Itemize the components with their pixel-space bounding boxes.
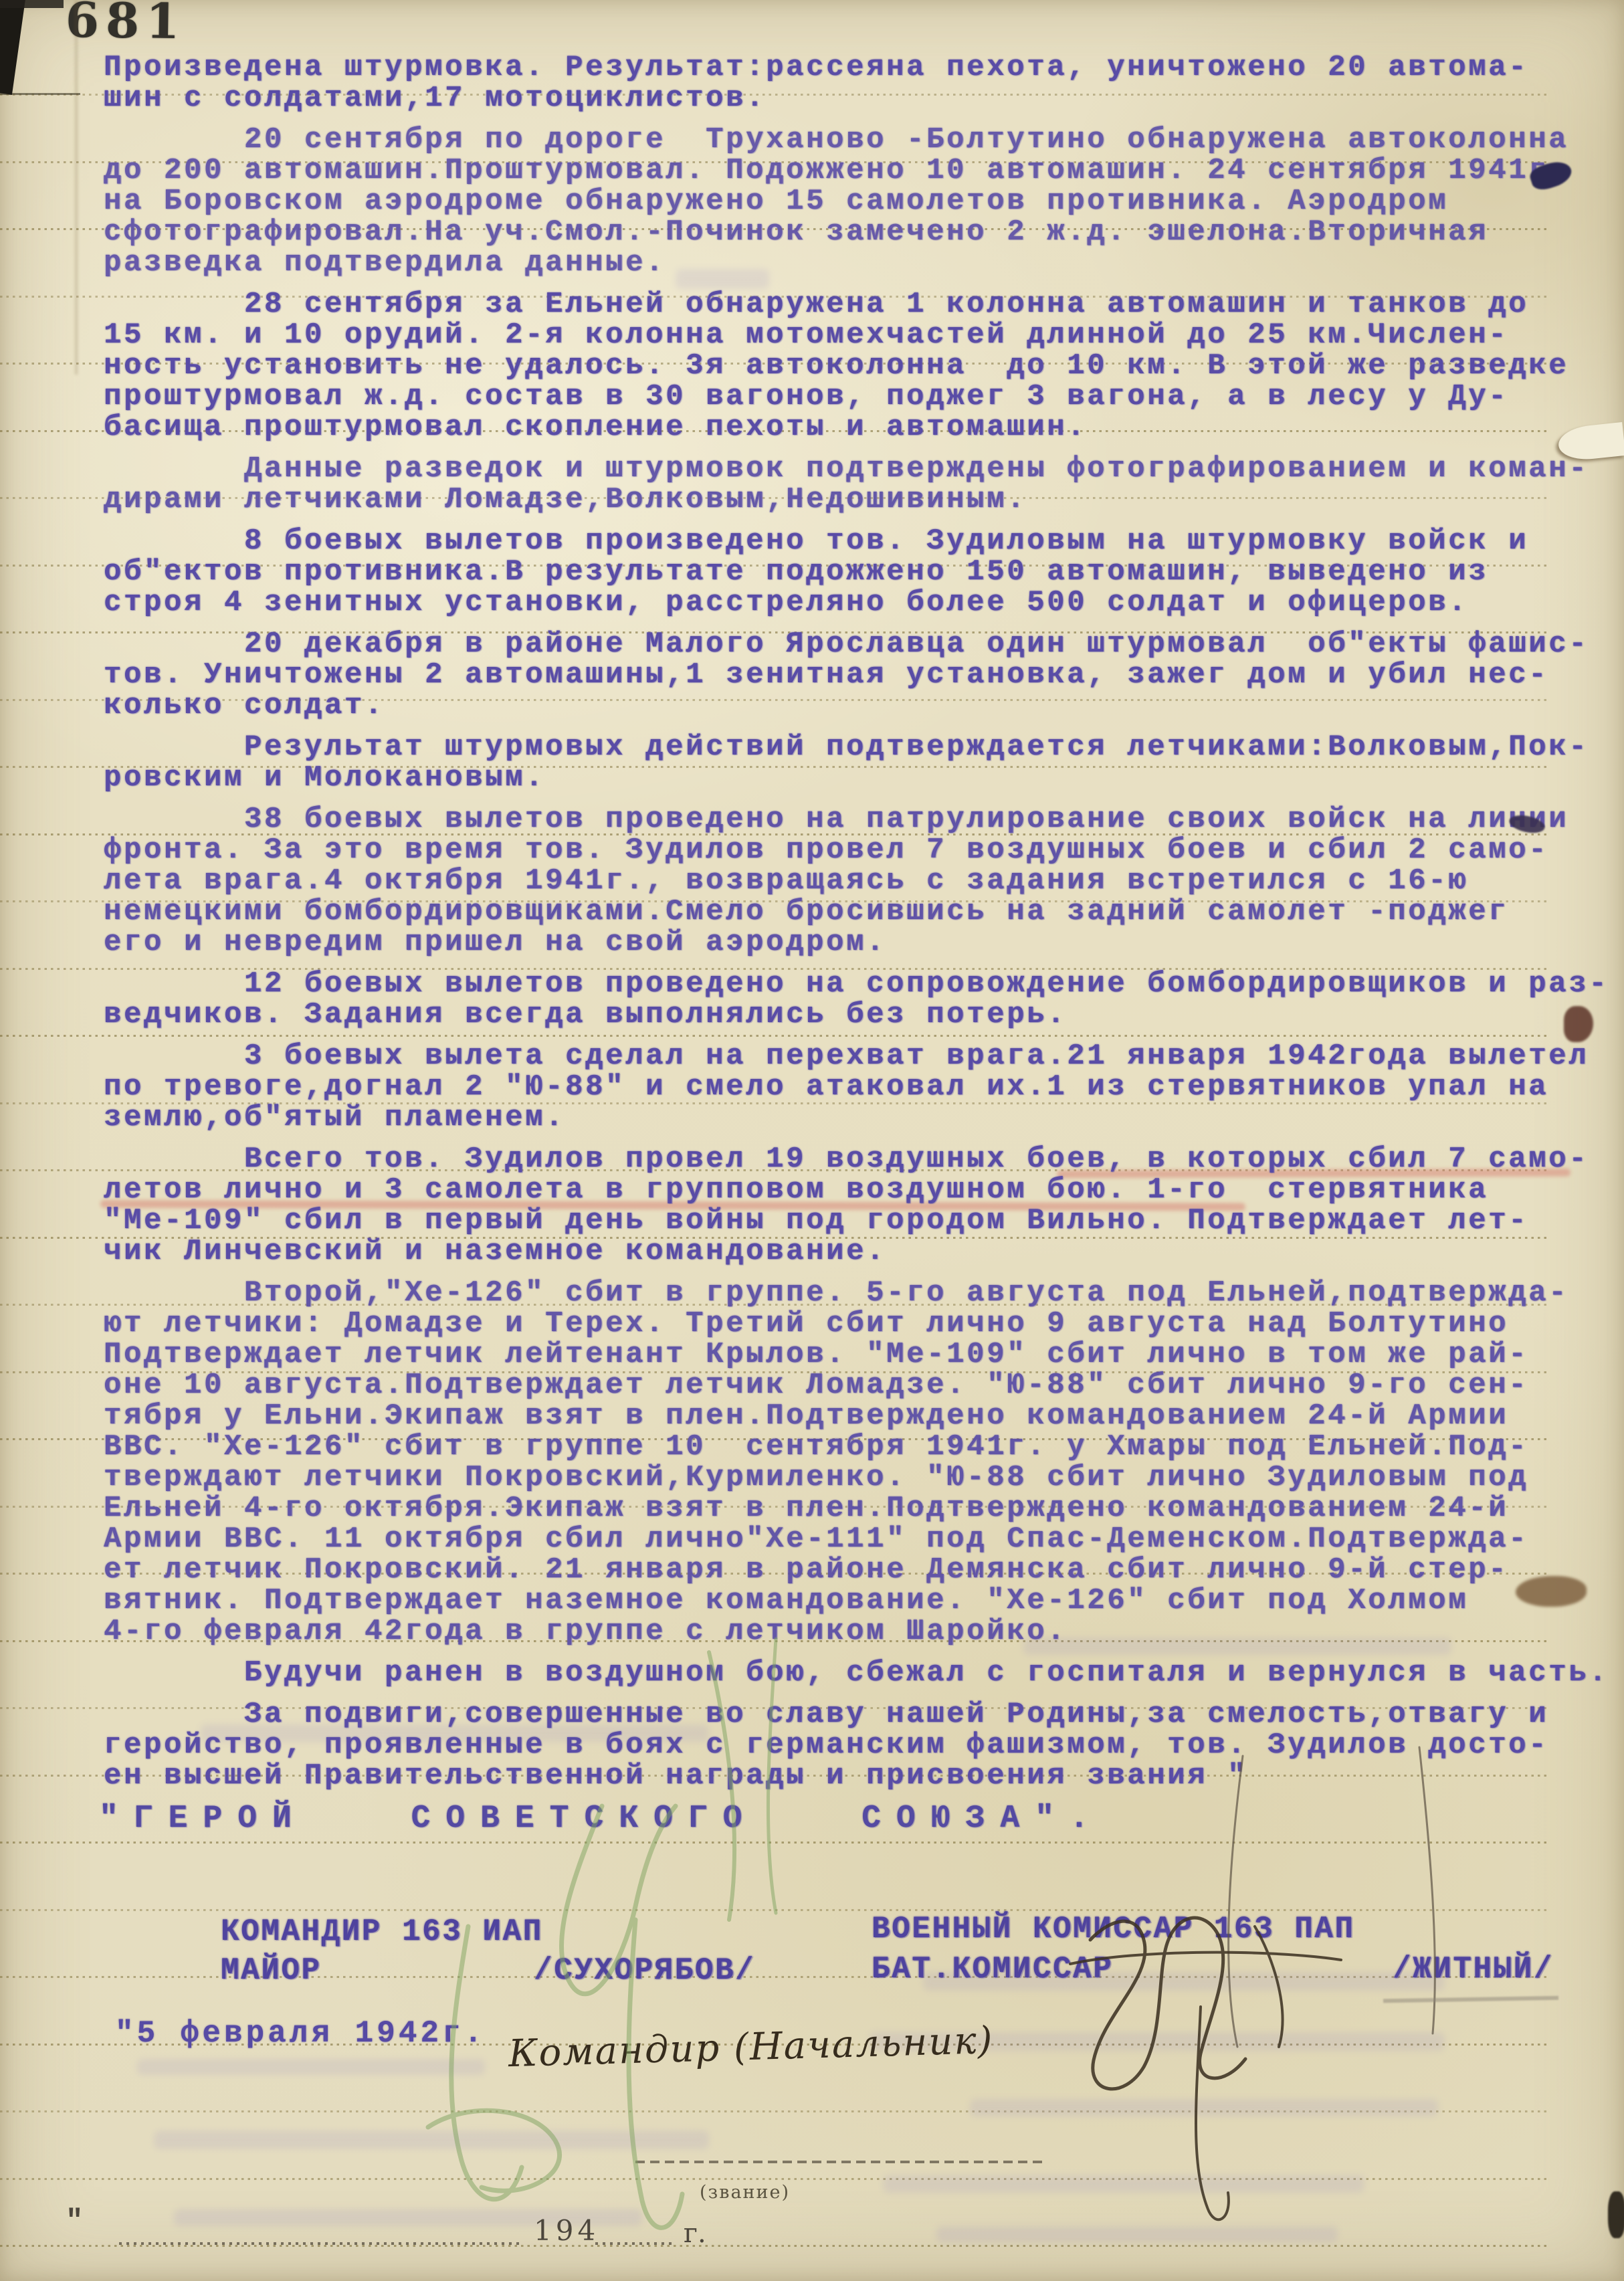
ink-blot (1608, 2191, 1624, 2238)
handwriting-overlay (0, 0, 1624, 2281)
green-pencil-scribble (428, 1639, 776, 2227)
scan-edge-shadow (0, 0, 64, 8)
scanned-document-page: 681 Произведена штурмовка. Результат:рас… (0, 0, 1624, 2281)
commissar-signature (1070, 1918, 1341, 2219)
paper-tear (1516, 1576, 1587, 1607)
paper-crease (75, 0, 78, 375)
